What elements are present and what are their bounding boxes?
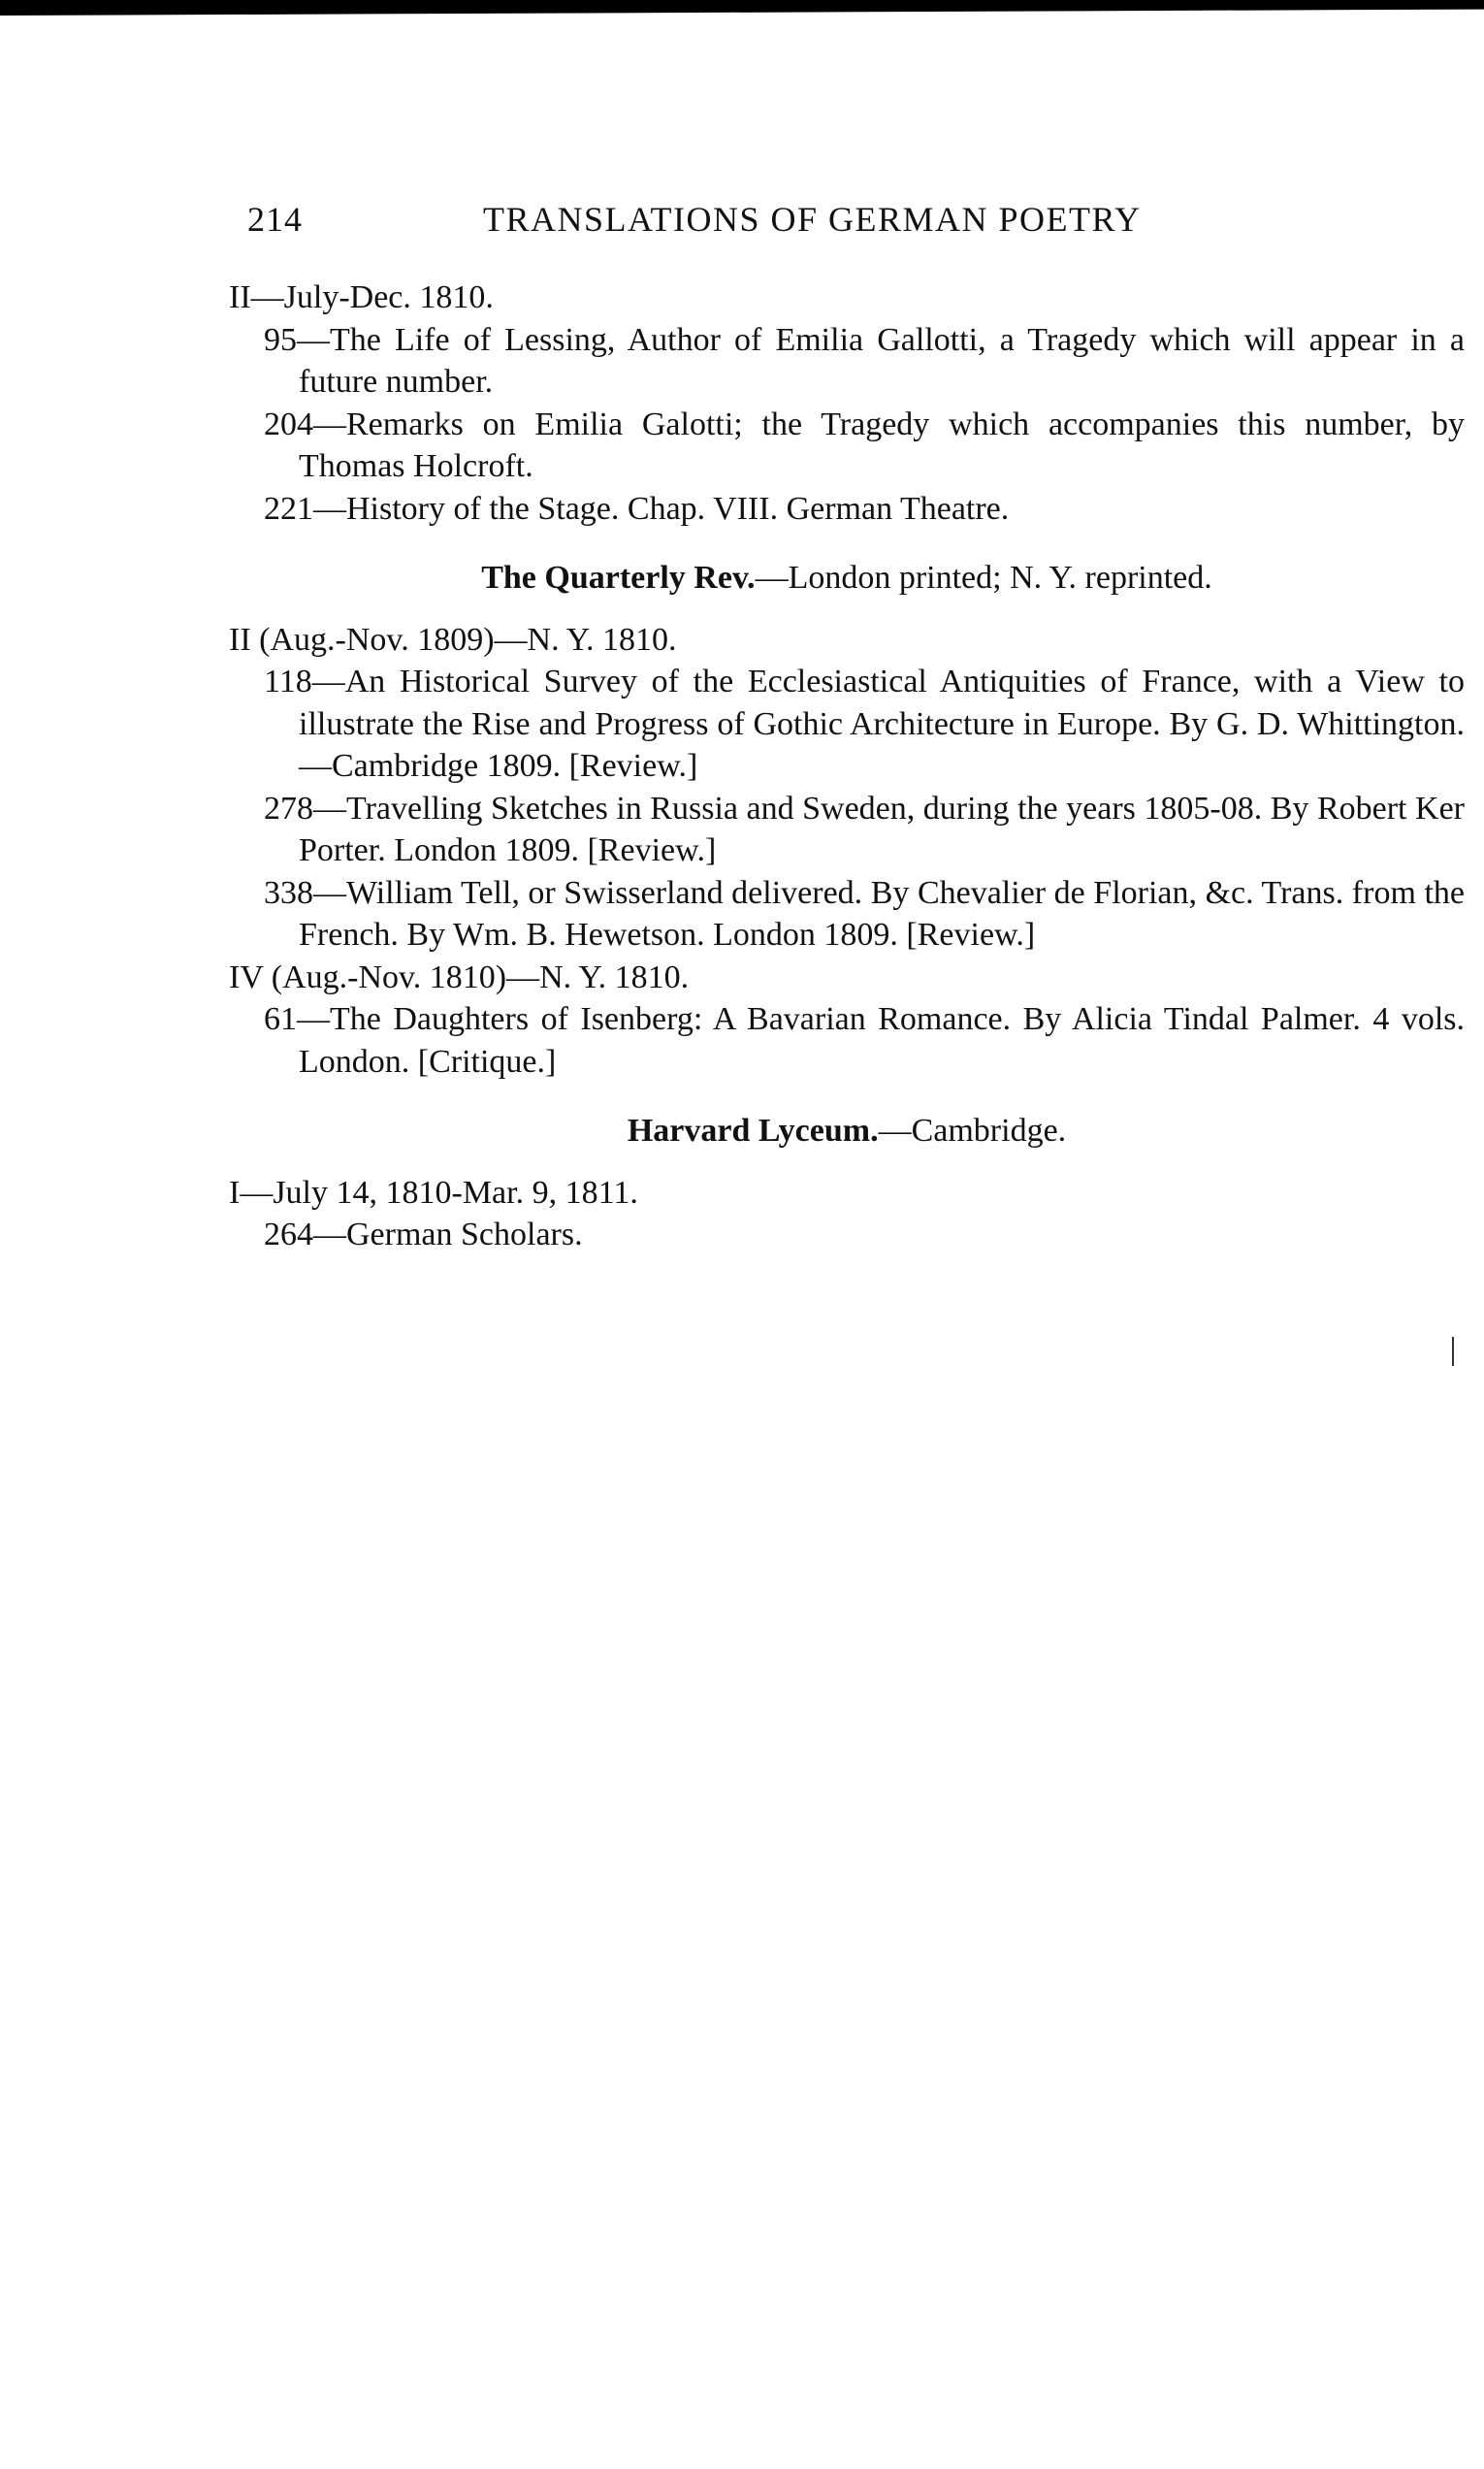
journal-name: Harvard Lyceum. xyxy=(628,1113,879,1149)
volume-heading: IV (Aug.-Nov. 1810)—N. Y. 1810. xyxy=(229,957,1465,999)
journal-imprint: —London printed; N. Y. reprinted. xyxy=(756,560,1212,596)
entry: 61—The Daughters of Isenberg: A Bavarian… xyxy=(264,998,1465,1083)
journal-imprint: —Cambridge. xyxy=(879,1113,1067,1149)
page-number: 214 xyxy=(247,199,303,240)
running-head: TRANSLATIONS OF GERMAN POETRY xyxy=(483,199,1142,240)
journal-name: The Quarterly Rev. xyxy=(481,560,755,596)
volume-heading: II (Aug.-Nov. 1809)—N. Y. 1810. xyxy=(229,619,1465,662)
section-continuation: II—July-Dec. 1810. 95—The Life of Lessin… xyxy=(229,276,1465,530)
journal-heading: Harvard Lyceum.—Cambridge. xyxy=(229,1083,1465,1172)
entry: 118—An Historical Survey of the Ecclesia… xyxy=(264,661,1465,788)
journal-heading: The Quarterly Rev.—London printed; N. Y.… xyxy=(229,530,1465,619)
page-body: II—July-Dec. 1810. 95—The Life of Lessin… xyxy=(229,276,1465,1256)
entry: 278—Travelling Sketches in Russia and Sw… xyxy=(264,788,1465,872)
scan-edge-bar xyxy=(0,0,1484,16)
scan-mark xyxy=(1452,1337,1454,1366)
entry: 338—William Tell, or Swisserland deliver… xyxy=(264,872,1465,957)
entry: 221—History of the Stage. Chap. VIII. Ge… xyxy=(264,488,1465,531)
section-quarterly-review: The Quarterly Rev.—London printed; N. Y.… xyxy=(229,530,1465,1083)
section-harvard-lyceum: Harvard Lyceum.—Cambridge. I—July 14, 18… xyxy=(229,1083,1465,1256)
entry: 264—German Scholars. xyxy=(264,1214,1465,1256)
page-header: 214 TRANSLATIONS OF GERMAN POETRY xyxy=(247,199,1460,247)
entry: 204—Remarks on Emilia Galotti; the Trage… xyxy=(264,404,1465,488)
volume-heading: II—July-Dec. 1810. xyxy=(229,276,1465,319)
volume-heading: I—July 14, 1810-Mar. 9, 1811. xyxy=(229,1172,1465,1215)
entry: 95—The Life of Lessing, Author of Emilia… xyxy=(264,319,1465,404)
